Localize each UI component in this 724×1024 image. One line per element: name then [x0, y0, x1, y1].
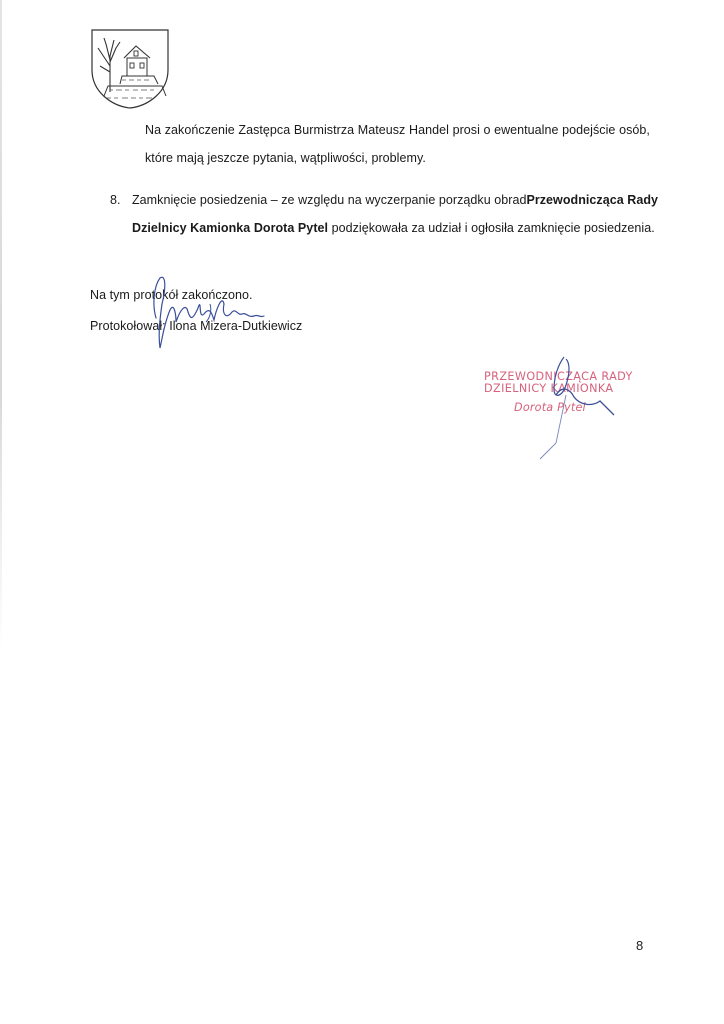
- closing-remarks-line2: które mają jeszcze pytania, wątpliwości,…: [145, 144, 650, 172]
- stamp-name: Dorota Pytel: [514, 402, 633, 414]
- item-line2-plain: podziękowała za udział i ogłosiła zamkni…: [328, 221, 655, 235]
- word: prosi: [453, 116, 480, 144]
- word: o ewentualne: [484, 116, 559, 144]
- closing-remarks-paragraph: Na zakończenie Zastępca Burmistrza Mateu…: [145, 116, 650, 172]
- word: Zastępca: [238, 116, 290, 144]
- item-number: 8.: [110, 186, 121, 214]
- closing-statement: Na tym protokół zakończono.: [90, 281, 253, 309]
- chairperson-stamp: PRZEWODNICZĄCA RADY DZIELNICY KAMIONKA D…: [484, 371, 633, 414]
- page-number: 8: [636, 938, 643, 953]
- scan-edge-artifact: [0, 0, 2, 650]
- item-text: Zamknięcie posiedzenia – ze względu na w…: [132, 186, 652, 242]
- word: Na: [145, 116, 161, 144]
- item-line1-bold: Przewodnicząca Rady: [526, 186, 658, 214]
- closing-remarks-line1: Na zakończenie Zastępca Burmistrza Mateu…: [145, 116, 650, 144]
- stamp-line2: DZIELNICY KAMIONKA: [484, 383, 633, 395]
- word: Burmistrza: [294, 116, 354, 144]
- word: zakończenie: [165, 116, 235, 144]
- word: podejście: [562, 116, 615, 144]
- word: Handel: [409, 116, 449, 144]
- item-line2-bold: Dzielnicy Kamionka Dorota Pytel: [132, 221, 328, 235]
- protocol-author: Protokołował: Ilona Mizera-Dutkiewicz: [90, 312, 302, 340]
- word: osób,: [619, 116, 650, 144]
- coat-of-arms-icon: [88, 26, 172, 110]
- item-line1-plain: Zamknięcie posiedzenia – ze względu na w…: [132, 186, 526, 214]
- word: Mateusz: [358, 116, 406, 144]
